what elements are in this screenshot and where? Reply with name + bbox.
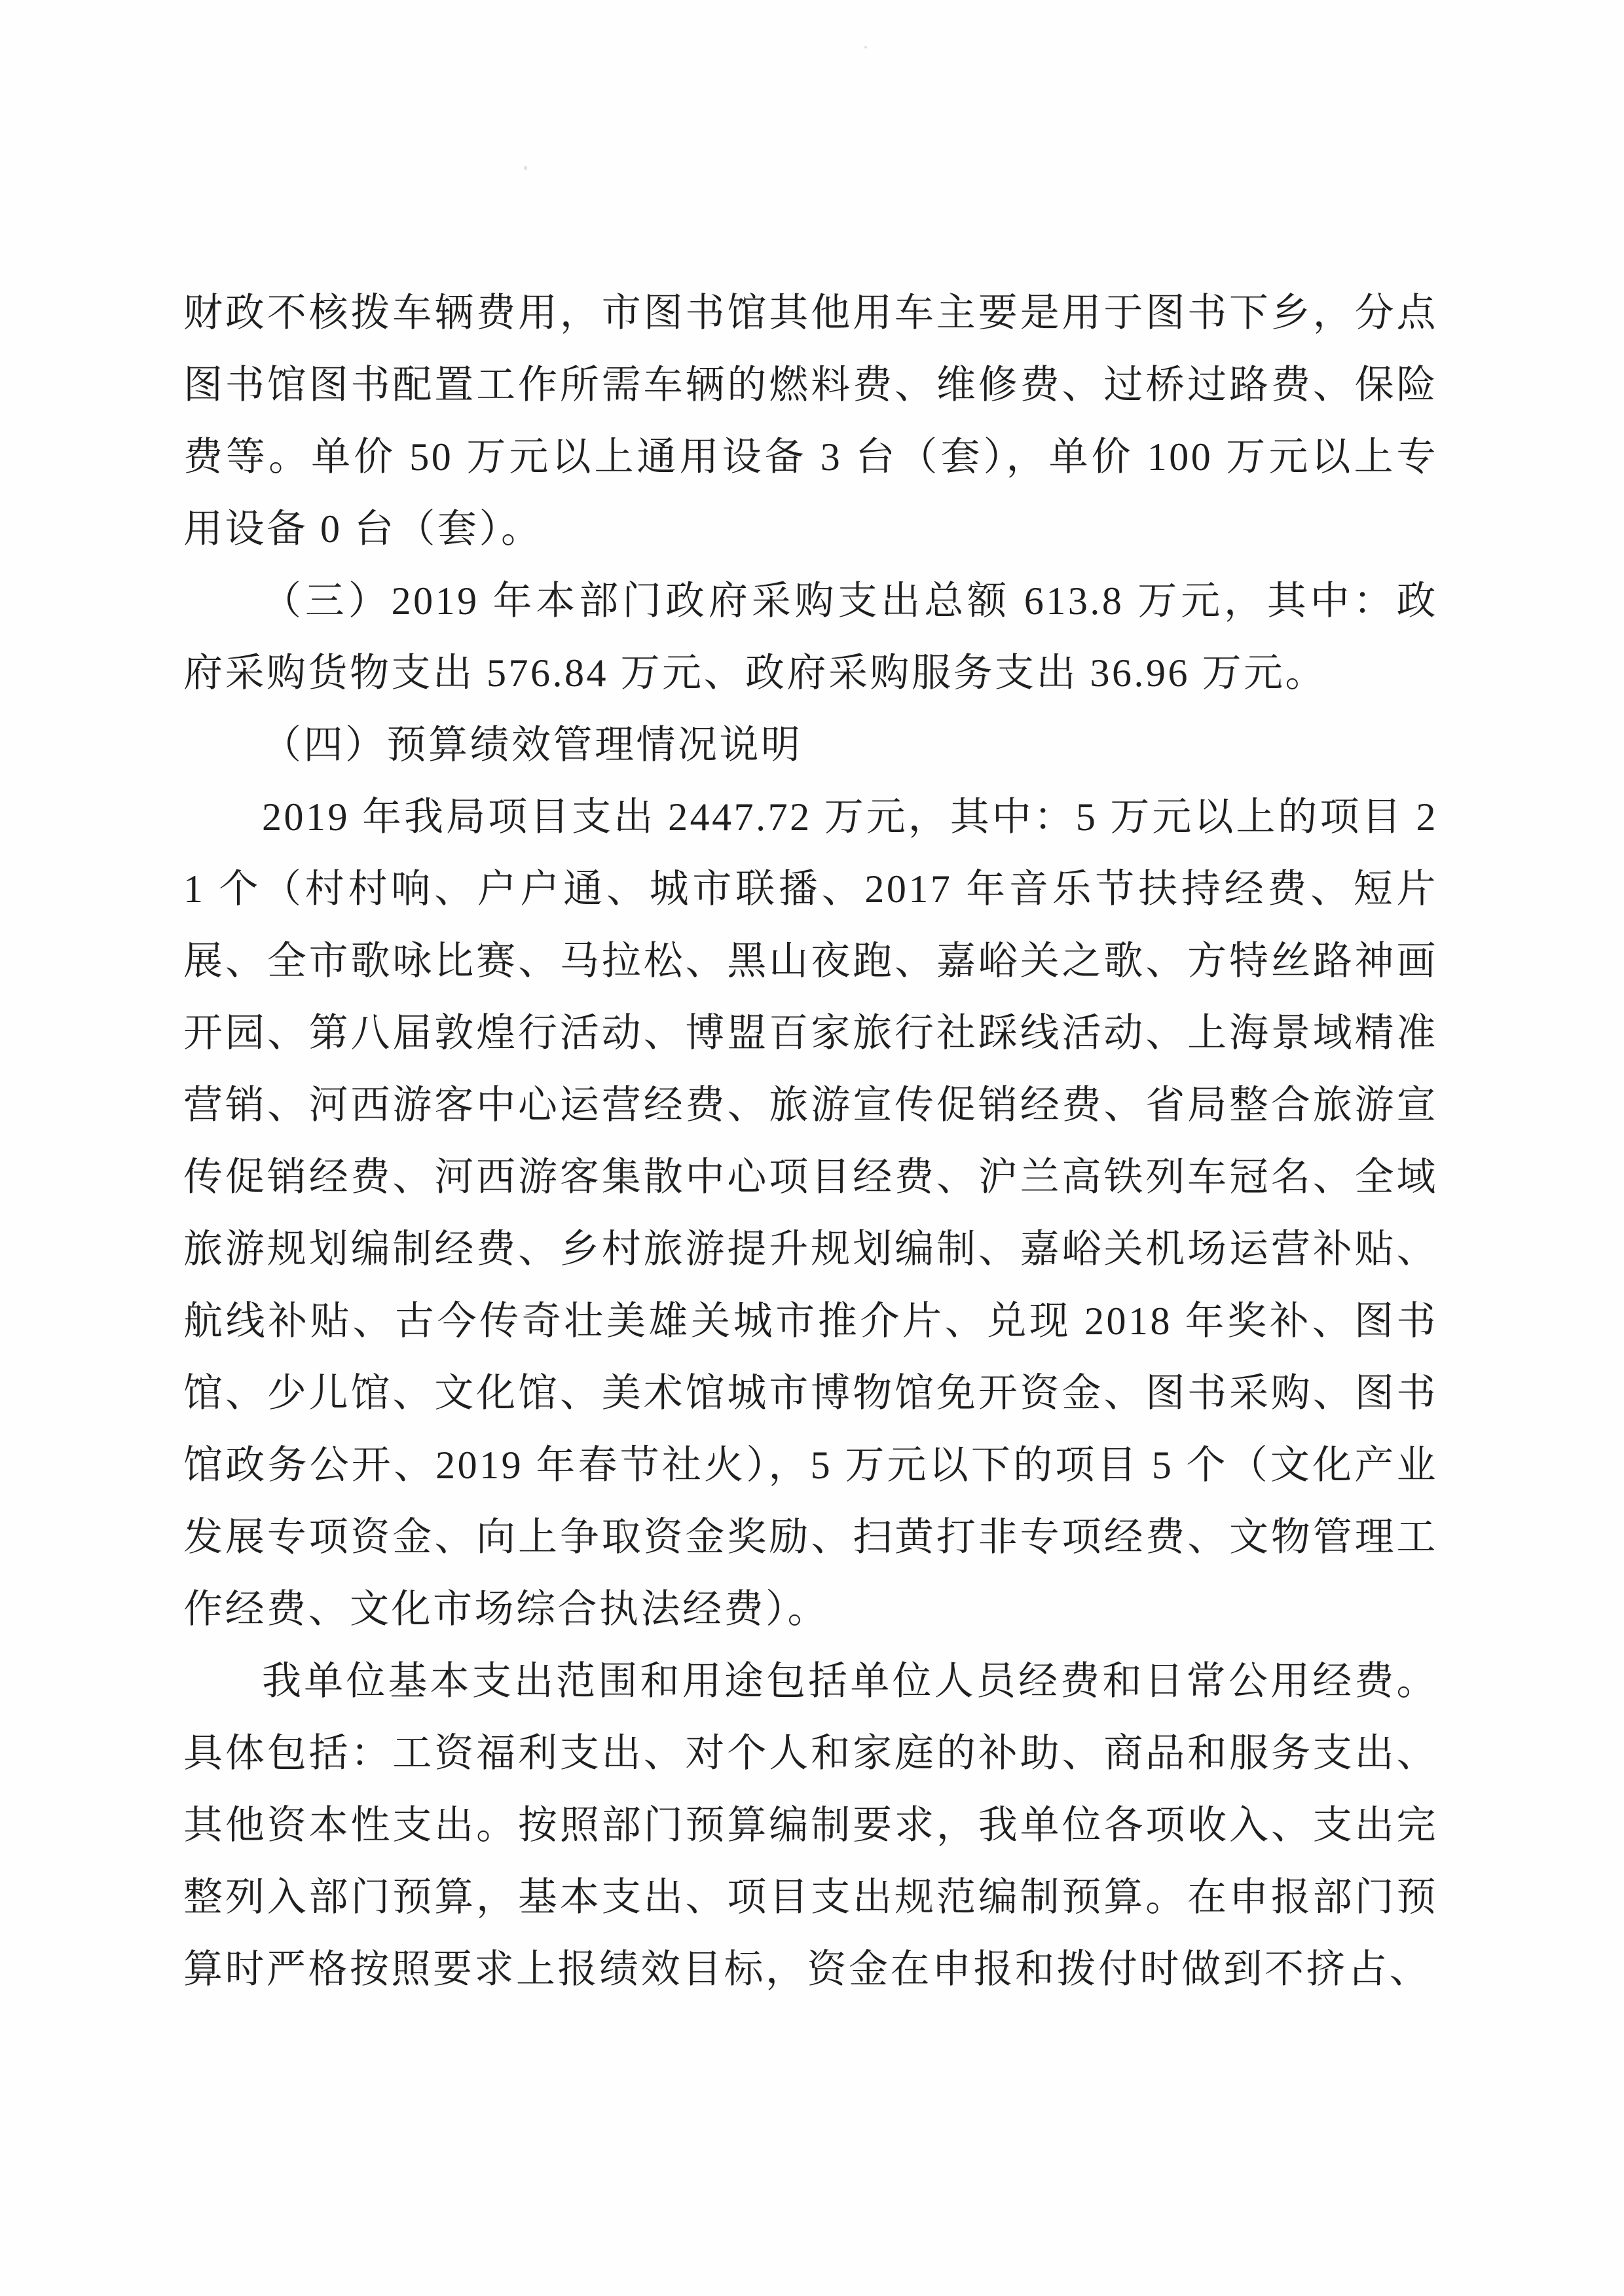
scan-speck: [524, 166, 527, 170]
paragraph-vehicle-expenses: 财政不核拨车辆费用，市图书馆其他用车主要是用于图书下乡，分点图书馆图书配置工作所…: [183, 277, 1438, 565]
scanned-document-page: 财政不核拨车辆费用，市图书馆其他用车主要是用于图书下乡，分点图书馆图书配置工作所…: [0, 0, 1624, 2296]
scan-speck: [864, 46, 867, 48]
document-body: 财政不核拨车辆费用，市图书馆其他用车主要是用于图书下乡，分点图书馆图书配置工作所…: [183, 277, 1438, 2005]
paragraph-basic-expenditure: 我单位基本支出范围和用途包括单位人员经费和日常公用经费。具体包括：工资福利支出、…: [183, 1645, 1438, 2005]
paragraph-project-expenditure: 2019 年我局项目支出 2447.72 万元，其中：5 万元以上的项目 21 …: [183, 781, 1438, 1645]
paragraph-government-procurement: （三）2019 年本部门政府采购支出总额 613.8 万元，其中：政府采购货物支…: [183, 565, 1438, 709]
paragraph-heading-budget-performance: （四）预算绩效管理情况说明: [183, 709, 1438, 781]
